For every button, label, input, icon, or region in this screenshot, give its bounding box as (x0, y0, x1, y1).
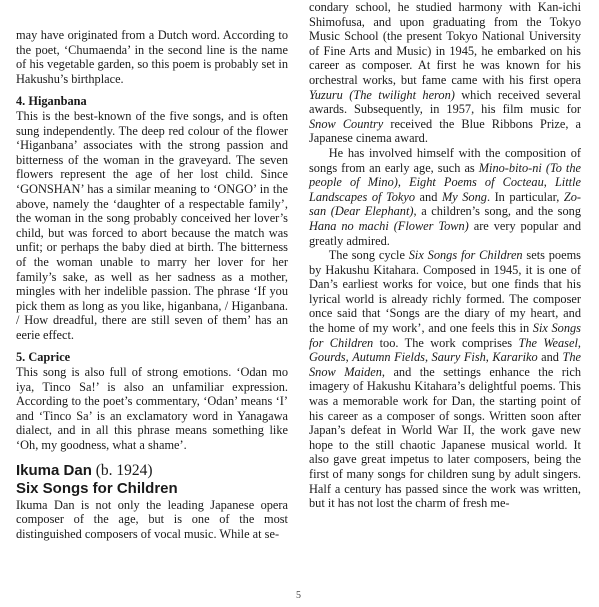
film-title: Snow Country (309, 117, 383, 131)
composer-name: Ikuma Dan (16, 462, 92, 479)
bio-paragraph-1: condary school, he studied harmony with … (309, 0, 581, 146)
song-title: Gourds (309, 350, 346, 364)
right-column: condary school, he studied harmony with … (309, 0, 581, 511)
section-body-caprice: This song is also full of strong emotion… (16, 365, 288, 453)
work-title-italic: Six Songs for Children (409, 248, 523, 262)
text: , a children’s song, and the song (414, 204, 581, 218)
work-title: Six Songs for Children (16, 480, 288, 498)
bio-paragraph-3: The song cycle Six Songs for Children se… (309, 248, 581, 511)
text: , (425, 350, 432, 364)
work-title-italic: My Song (442, 190, 487, 204)
opera-title: Yuzuru (The twilight heron) (309, 88, 455, 102)
section-body-higanbana: This is the best-known of the five songs… (16, 109, 288, 343)
work-title-italic: Hana no machi (Flower Town) (309, 219, 469, 233)
composer-years: (b. 1924) (92, 462, 153, 479)
text: . In particular, (487, 190, 564, 204)
bio-paragraph-2: He has involved himself with the composi… (309, 146, 581, 248)
work-title-italic: Eight Poems of Cocteau (409, 175, 544, 189)
text: too. The work comprises (373, 336, 518, 350)
composer-heading: Ikuma Dan (b. 1924) (16, 462, 288, 480)
text: condary school, he studied harmony with … (309, 0, 581, 87)
song-title: The Weasel (518, 336, 577, 350)
song-title: Saury Fish (432, 350, 486, 364)
song-title: Karariko (492, 350, 537, 364)
song-title: Autumn Fields (352, 350, 425, 364)
intro-paragraph: may have originated from a Dutch word. A… (16, 28, 288, 86)
page-number: 5 (296, 590, 301, 601)
section-heading-caprice: 5. Caprice (16, 350, 288, 365)
section-heading-higanbana: 4. Higanbana (16, 94, 288, 109)
text: , (578, 336, 581, 350)
text: , (398, 175, 409, 189)
text: , (544, 175, 555, 189)
text: The song cycle (329, 248, 409, 262)
text: and (415, 190, 442, 204)
composer-bio-start: Ikuma Dan is not only the leading Japane… (16, 498, 288, 542)
left-column: may have originated from a Dutch word. A… (16, 28, 288, 541)
text: , and the settings enhance the rich imag… (309, 365, 581, 510)
text: and (538, 350, 563, 364)
